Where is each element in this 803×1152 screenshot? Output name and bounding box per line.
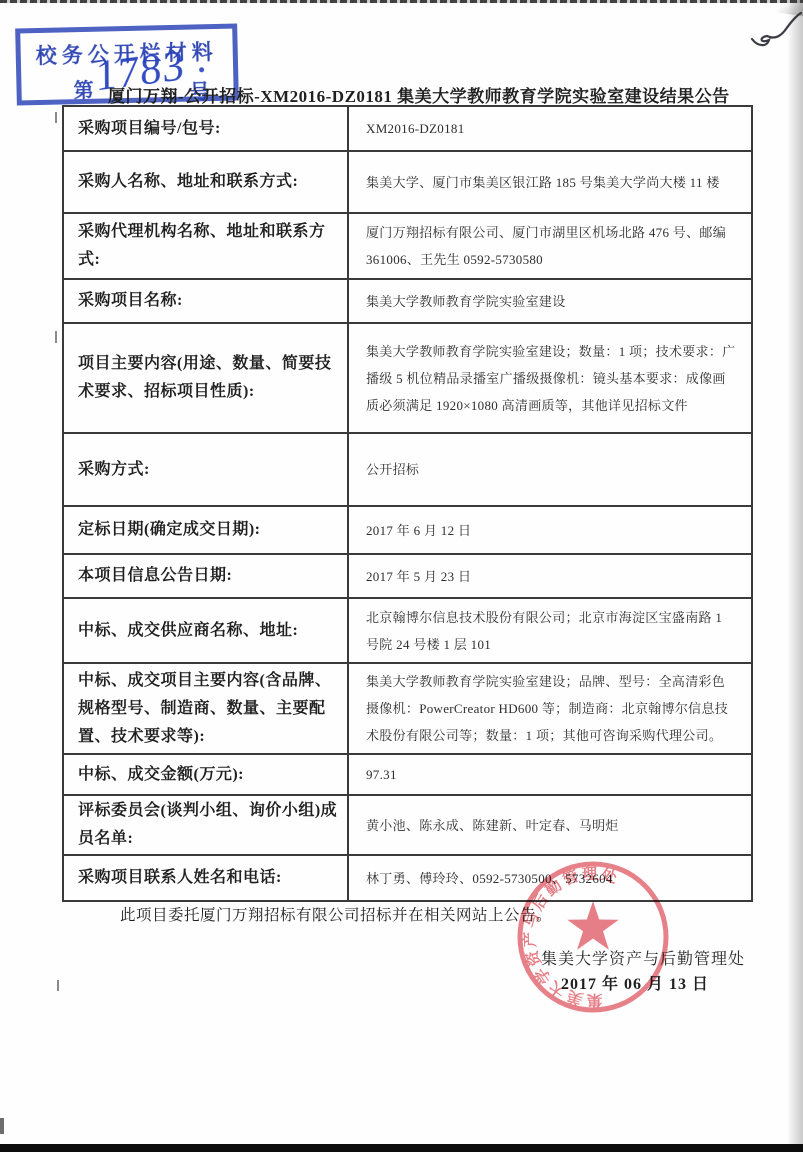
row-value: 公开招标: [349, 434, 751, 505]
page-title: 厦门万翔-公开招标-XM2016-DZ0181 集美大学教师教育学院实验室建设结…: [108, 82, 756, 107]
table-row: 采购项目名称: 集美大学教师教育学院实验室建设: [64, 280, 751, 324]
row-label: 采购方式:: [64, 434, 349, 505]
row-label: 定标日期(确定成交日期):: [64, 507, 349, 553]
row-value: 2017 年 5 月 23 日: [349, 555, 751, 597]
row-label: 采购项目名称:: [64, 280, 349, 322]
scanned-document-page: 校务公开栏材料 第 1783 号 厦门万翔-公开招标-XM2016-DZ0181…: [0, 0, 803, 1152]
scan-bottom-edge: [0, 1144, 803, 1152]
row-label: 中标、成交金额(万元):: [64, 755, 349, 794]
row-label: 评标委员会(谈判小组、询价小组)成员名单:: [64, 796, 349, 854]
scan-artifact: [57, 980, 59, 991]
row-value: 集美大学教师教育学院实验室建设: [349, 280, 751, 322]
table-row: 中标、成交金额(万元): 97.31: [64, 755, 751, 796]
row-value: 黄小池、陈永成、陈建新、叶定春、马明炬: [349, 796, 751, 854]
scan-right-shadow: [787, 0, 803, 1152]
table-row: 本项目信息公告日期: 2017 年 5 月 23 日: [64, 555, 751, 599]
row-label: 本项目信息公告日期:: [64, 555, 349, 597]
scan-artifact: [0, 1118, 4, 1134]
row-value: XM2016-DZ0181: [349, 107, 751, 150]
row-label: 中标、成交项目主要内容(含品牌、规格型号、制造商、数量、主要配置、技术要求等):: [64, 664, 349, 753]
table-row: 项目主要内容(用途、数量、简要技术要求、招标项目性质): 集美大学教师教育学院实…: [64, 324, 751, 434]
row-value: 2017 年 6 月 12 日: [349, 507, 751, 553]
blue-stamp-prefix: 第: [73, 74, 94, 103]
table-row: 定标日期(确定成交日期): 2017 年 6 月 12 日: [64, 507, 751, 555]
row-label: 中标、成交供应商名称、地址:: [64, 599, 349, 662]
table-row: 采购人名称、地址和联系方式: 集美大学、厦门市集美区银江路 185 号集美大学尚…: [64, 152, 751, 214]
row-value: 集美大学教师教育学院实验室建设；品牌、型号：全高清彩色摄像机：PowerCrea…: [349, 664, 751, 753]
row-value: 集美大学、厦门市集美区银江路 185 号集美大学尚大楼 11 楼: [349, 152, 751, 212]
row-value: 北京翰博尔信息技术股份有限公司；北京市海淀区宝盛南路 1 号院 24 号楼 1 …: [349, 599, 751, 662]
star-icon: [567, 901, 618, 950]
row-label: 采购代理机构名称、地址和联系方式:: [64, 214, 349, 278]
table-row: 采购项目编号/包号: XM2016-DZ0181: [64, 107, 751, 152]
table-row: 采购代理机构名称、地址和联系方式: 厦门万翔招标有限公司、厦门市湖里区机场北路 …: [64, 214, 751, 280]
result-table: 采购项目编号/包号: XM2016-DZ0181 采购人名称、地址和联系方式: …: [62, 105, 753, 902]
row-label: 采购人名称、地址和联系方式:: [64, 152, 349, 212]
pen-checkmark-icon: [750, 12, 803, 54]
row-label: 项目主要内容(用途、数量、简要技术要求、招标项目性质):: [64, 324, 349, 432]
row-label: 采购项目联系人姓名和电话:: [64, 856, 349, 900]
row-value: 97.31: [349, 755, 751, 794]
row-label: 采购项目编号/包号:: [64, 107, 349, 150]
table-row: 评标委员会(谈判小组、询价小组)成员名单: 黄小池、陈永成、陈建新、叶定春、马明…: [64, 796, 751, 856]
table-row: 采购方式: 公开招标: [64, 434, 751, 507]
scan-top-edge: [0, 0, 803, 3]
scan-artifact: [55, 331, 57, 343]
scan-artifact: [55, 112, 57, 123]
footer-note: 此项目委托厦门万翔招标有限公司招标并在相关网站上公告。: [120, 903, 552, 925]
row-value: 集美大学教师教育学院实验室建设；数量：1 项；技术要求：广播级 5 机位精品录播…: [349, 324, 751, 432]
red-seal-stamp: 集美大学资产与后勤管理处: [508, 852, 678, 1022]
table-row: 中标、成交项目主要内容(含品牌、规格型号、制造商、数量、主要配置、技术要求等):…: [64, 664, 751, 755]
table-row: 中标、成交供应商名称、地址: 北京翰博尔信息技术股份有限公司；北京市海淀区宝盛南…: [64, 599, 751, 664]
ink-dot: [199, 67, 204, 72]
row-value: 厦门万翔招标有限公司、厦门市湖里区机场北路 476 号、邮编 361006、王先…: [349, 214, 751, 278]
